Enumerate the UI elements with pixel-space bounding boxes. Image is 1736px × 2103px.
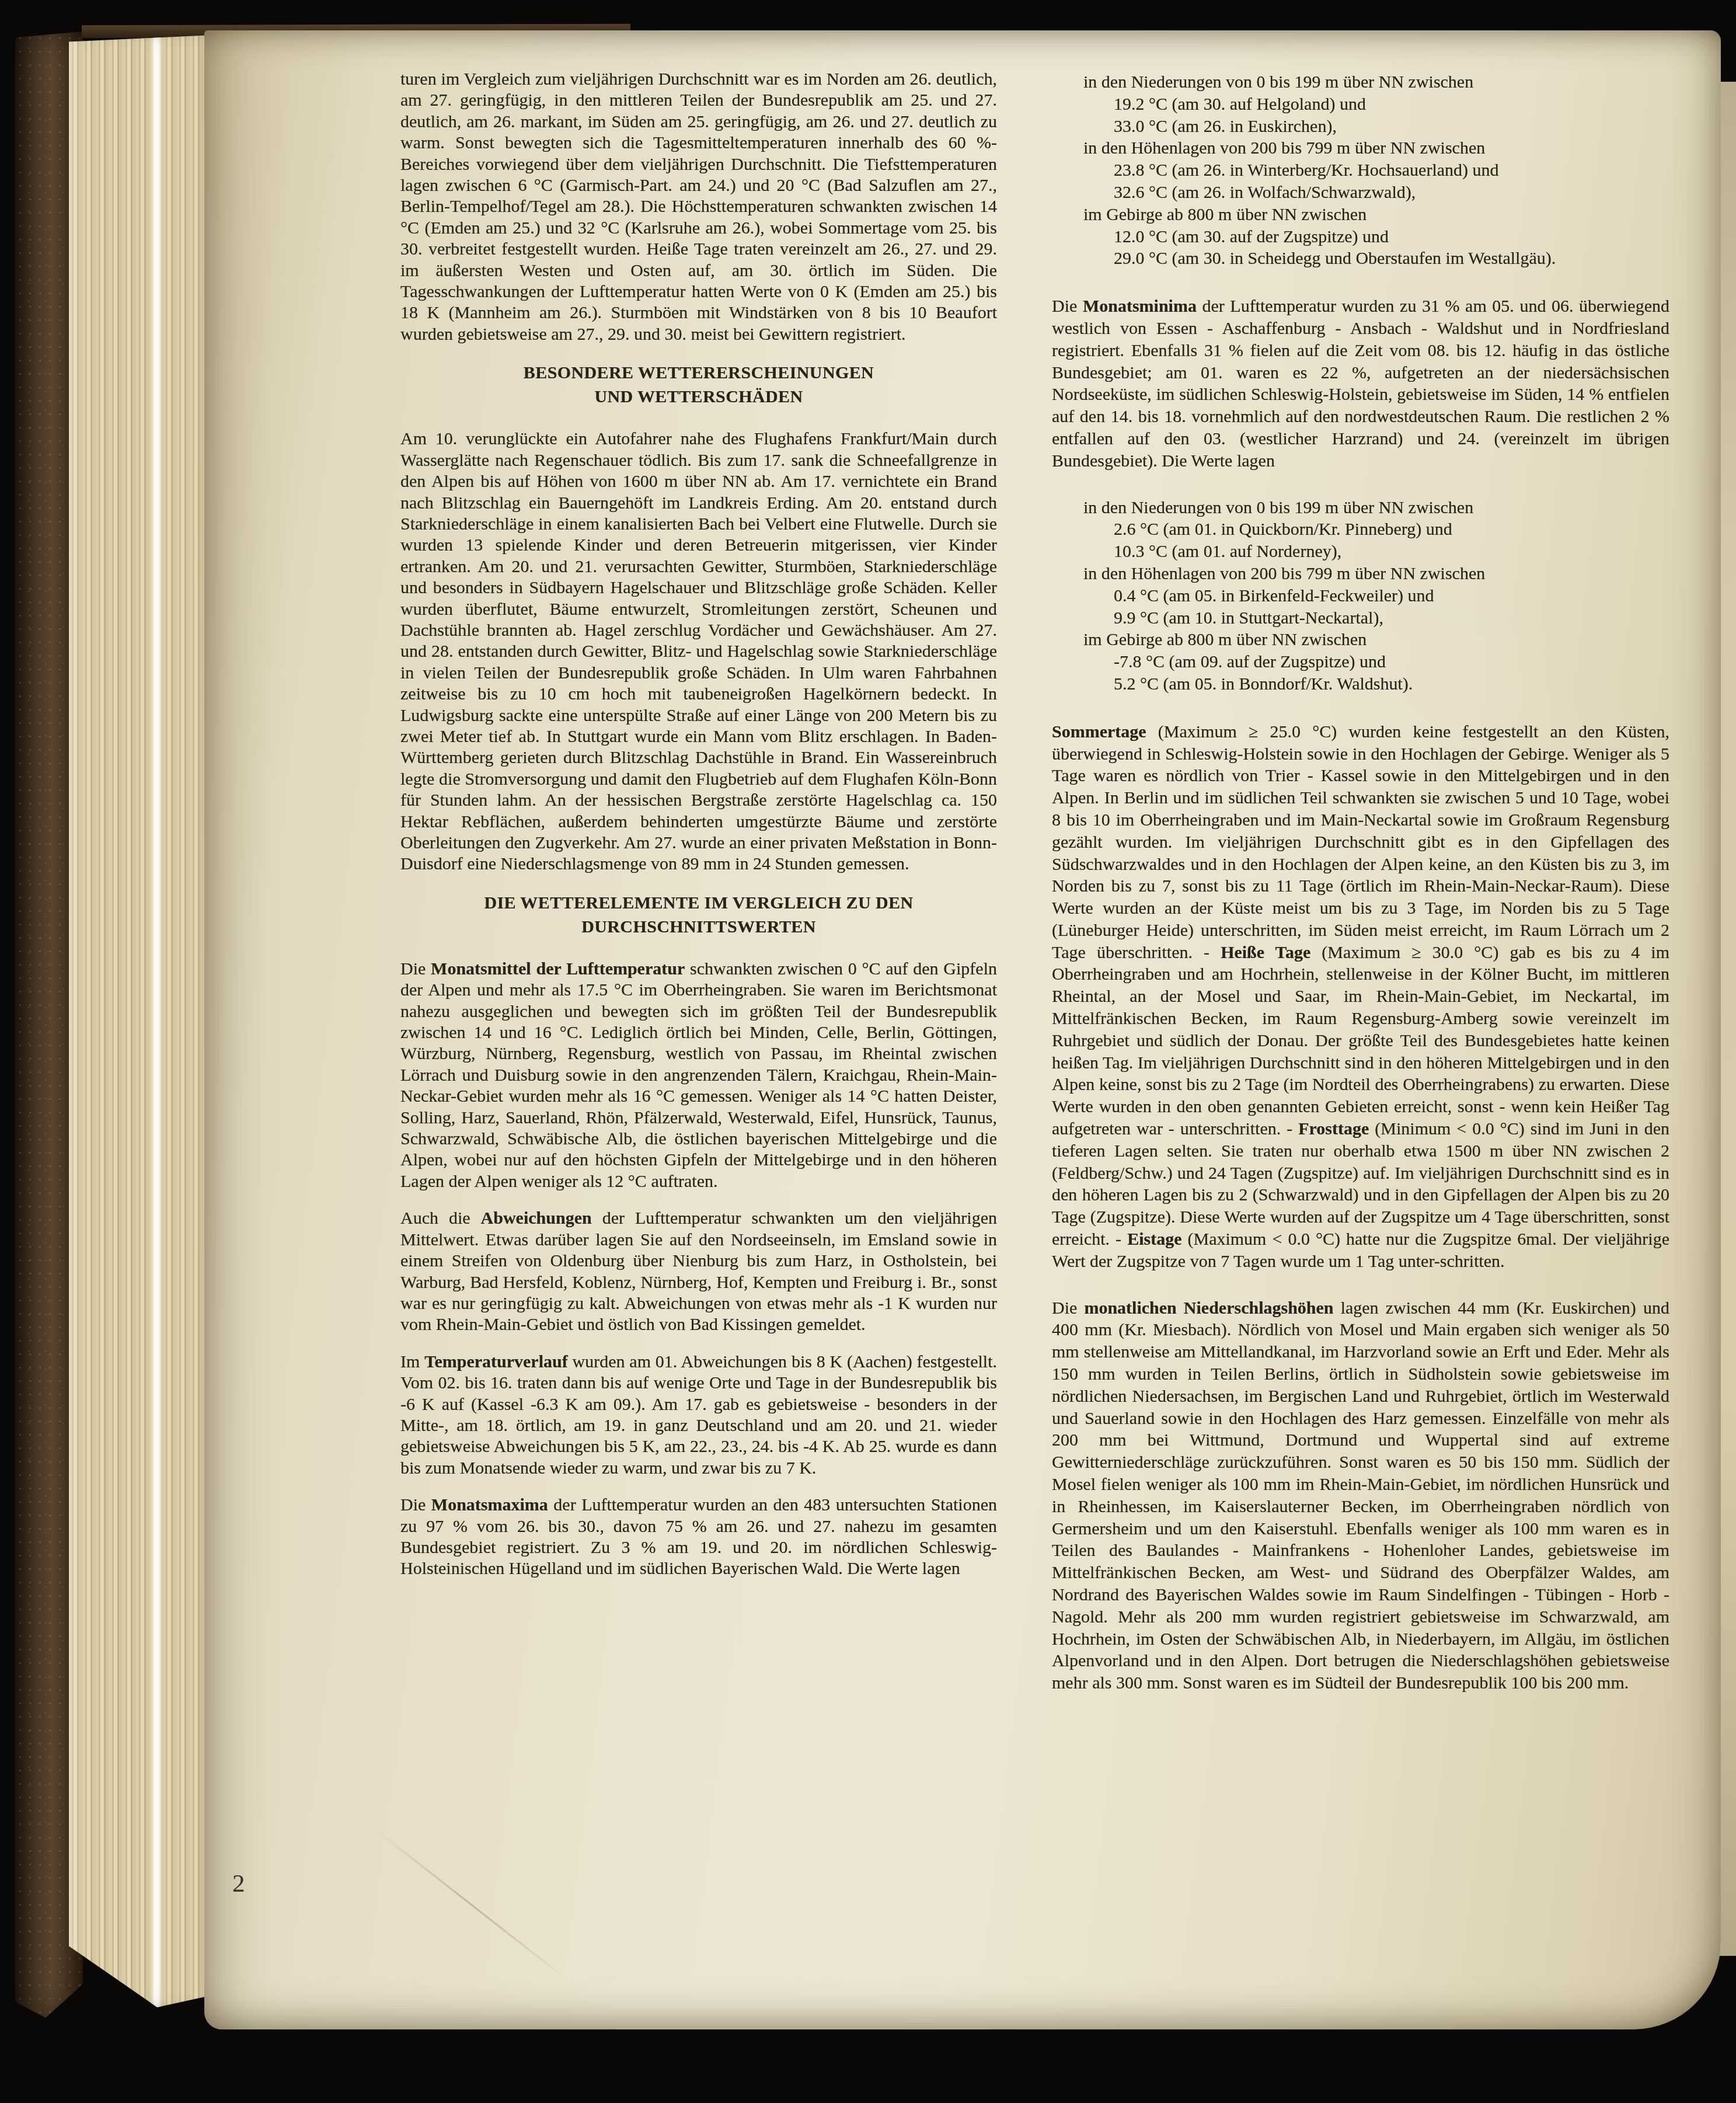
list-line: -7.8 °C (am 09. auf der Zugspitze) und <box>1052 651 1669 673</box>
list-line: 2.6 °C (am 01. in Quickborn/Kr. Pinneber… <box>1052 518 1669 541</box>
keyword-bold: Temperaturverlauf <box>424 1352 568 1371</box>
list-line: in den Höhenlagen von 200 bis 799 m über… <box>1052 563 1669 585</box>
section-heading: BESONDERE WETTERERSCHEINUNGENUND WETTERS… <box>400 361 997 409</box>
heading-line: BESONDERE WETTERERSCHEINUNGEN <box>400 361 997 385</box>
body-text: turen im Vergleich zum vieljährigen Durc… <box>400 69 997 344</box>
paragraph: turen im Vergleich zum vieljährigen Durc… <box>400 69 997 345</box>
paragraph: Die Monatsminima der Lufttemperatur wurd… <box>1052 295 1669 472</box>
list-line: in den Niederungen von 0 bis 199 m über … <box>1052 497 1669 519</box>
keyword-bold: Monatsminima <box>1083 297 1197 316</box>
book-scan-background: { "page": { "number": "2" }, "colors": {… <box>0 0 1736 2103</box>
list-line: 10.3 °C (am 01. auf Norderney), <box>1052 541 1669 563</box>
list-line: 5.2 °C (am 05. in Bonndorf/Kr. Waldshut)… <box>1052 673 1669 695</box>
body-text: (Maximum ≥ 30.0 °C) gab es bis zu 4 im O… <box>1052 943 1669 1138</box>
value-list: in den Niederungen von 0 bis 199 m über … <box>1052 497 1669 695</box>
text-column-left: turen im Vergleich zum vieljährigen Durc… <box>400 69 997 1596</box>
heading-line: DURCHSCHNITTSWERTEN <box>400 915 997 939</box>
page-number: 2 <box>232 1869 245 1898</box>
value-list: in den Niederungen von 0 bis 199 m über … <box>1052 71 1669 270</box>
list-line: 9.9 °C (am 10. in Stuttgart-Neckartal), <box>1052 607 1669 629</box>
body-text: (Maximum ≥ 25.0 °C) wurden keine festges… <box>1052 722 1669 962</box>
keyword-bold: Sommertage <box>1052 722 1146 741</box>
list-line: 0.4 °C (am 05. in Birkenfeld-Feckweiler)… <box>1052 585 1669 607</box>
body-text: Die <box>1052 1298 1084 1318</box>
list-line: 32.6 °C (am 26. in Wolfach/Schwarzwald), <box>1052 182 1669 204</box>
list-line: 33.0 °C (am 26. in Euskirchen), <box>1052 116 1669 138</box>
list-line: in den Höhenlagen von 200 bis 799 m über… <box>1052 137 1669 159</box>
body-text: Im <box>400 1352 424 1371</box>
body-text: Am 10. verunglückte ein Autofahrer nahe … <box>400 429 997 873</box>
body-text: Auch die <box>400 1209 481 1228</box>
list-line: 23.8 °C (am 26. in Winterberg/Kr. Hochsa… <box>1052 159 1669 182</box>
heading-line: DIE WETTERELEMENTE IM VERGLEICH ZU DEN <box>400 891 997 915</box>
body-text: schwankten zwischen 0 °C auf den Gipfeln… <box>400 959 997 1191</box>
keyword-bold: Frosttage <box>1298 1119 1369 1138</box>
list-line: in den Niederungen von 0 bis 199 m über … <box>1052 71 1669 93</box>
body-text: der Lufttemperatur wurden zu 31 % am 05.… <box>1052 297 1669 471</box>
text-column-right: in den Niederungen von 0 bis 199 m über … <box>1052 69 1669 1719</box>
section-heading: DIE WETTERELEMENTE IM VERGLEICH ZU DENDU… <box>400 891 997 939</box>
keyword-bold: Eistage <box>1127 1230 1181 1249</box>
paragraph: Die Monatsmittel der Lufttemperatur schw… <box>400 959 997 1192</box>
list-line: im Gebirge ab 800 m über NN zwischen <box>1052 629 1669 651</box>
keyword-bold: Heiße Tage <box>1221 943 1310 962</box>
keyword-bold: Monatsmaxima <box>431 1495 548 1514</box>
adjacent-page-edge <box>1718 82 1736 1956</box>
paragraph: Die Monatsmaxima der Lufttemperatur wurd… <box>400 1495 997 1580</box>
paragraph: Sommertage (Maximum ≥ 25.0 °C) wurden ke… <box>1052 721 1669 1273</box>
paragraph: Am 10. verunglückte ein Autofahrer nahe … <box>400 429 997 875</box>
body-text: Die <box>1052 297 1083 316</box>
body-text: Die <box>400 959 431 979</box>
list-line: 12.0 °C (am 30. auf der Zugspitze) und <box>1052 226 1669 248</box>
page-edge-stack <box>69 34 216 2007</box>
list-line: 19.2 °C (am 30. auf Helgoland) und <box>1052 93 1669 116</box>
list-line: 29.0 °C (am 30. in Scheidegg und Obersta… <box>1052 248 1669 270</box>
list-line: im Gebirge ab 800 m über NN zwischen <box>1052 204 1669 226</box>
heading-line: UND WETTERSCHÄDEN <box>400 385 997 409</box>
paragraph: Auch die Abweichungen der Lufttemperatur… <box>400 1208 997 1335</box>
body-text: Die <box>400 1495 431 1514</box>
keyword-bold: monatlichen Niederschlagshöhen <box>1084 1298 1333 1318</box>
keyword-bold: Abweichungen <box>481 1209 592 1228</box>
body-text: lagen zwischen 44 mm (Kr. Euskirchen) un… <box>1052 1298 1669 1693</box>
keyword-bold: Monatsmittel der Lufttemperatur <box>431 959 685 979</box>
paragraph: Die monatlichen Niederschlagshöhen lagen… <box>1052 1297 1669 1694</box>
paragraph: Im Temperaturverlauf wurden am 01. Abwei… <box>400 1352 997 1479</box>
